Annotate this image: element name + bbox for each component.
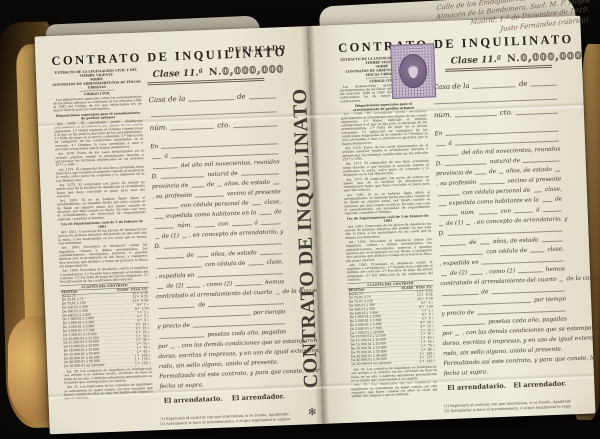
blank-underline	[555, 171, 560, 172]
blank-underline	[439, 225, 443, 226]
form-label: En	[433, 131, 443, 137]
form-label: hemos	[264, 279, 285, 286]
right-page-original: Calle de los Embajadores, núm. 18, 3.º d…	[307, 16, 595, 424]
stamp-class-line: Clase 11.ª N.0,000,000	[146, 65, 264, 85]
left-page-header: CONTRATO DE INQUILINATO DUPLICADO	[51, 41, 276, 66]
form-label: de	[197, 302, 206, 308]
form-label: por	[441, 331, 453, 337]
form-label: hemos	[545, 266, 566, 273]
form-head-lines: Casa de ladenúm.cto.	[147, 85, 279, 132]
signature-row: El arrendatario. El arrendador.	[159, 392, 290, 405]
tariff-table: PESETASCLASEPTAS. CS.Hasta 2512.ª0 10De …	[61, 288, 150, 369]
legal-paragraph: Art. 31. Los duplicados de los contratos…	[351, 381, 437, 399]
tariff-cell: 1.ª	[420, 361, 425, 365]
legal-paragraph: Las disposiciones generales sobre los ar…	[53, 95, 142, 113]
form-label: núm.	[433, 111, 453, 120]
form-label: clase,	[544, 186, 563, 193]
form-label: á	[447, 141, 453, 147]
blank-underline	[560, 280, 564, 281]
photograph-of-old-contract-book: CONTRATO DE INQUILINATO DUPLICADO EXTRAC…	[0, 0, 600, 439]
serial-zeros: 0,000,000	[222, 64, 284, 77]
form-label: de (1)	[445, 220, 464, 227]
legal-text-column: EXTRACTO DE LA LEGISLACIÓN CIVIL Y DEL T…	[52, 68, 154, 423]
legal-paragraph: Art. 1562. Procederá el desahucio contra…	[346, 238, 433, 263]
form-label: D.	[435, 161, 444, 167]
legal-paragraph: Art. 1581. Si no se hubiese fijado plazo…	[344, 190, 431, 215]
legal-text: EXTRACTO DE LA LEGISLACIÓN CIVIL Y DEL T…	[52, 68, 153, 401]
form-label: de la casa núm.	[566, 275, 600, 283]
form-label: con	[499, 208, 512, 214]
serial-zeros: 0,000,000	[520, 51, 582, 64]
form-label: clase,	[263, 199, 282, 206]
blank-underline	[182, 237, 186, 238]
serial-prefix: N.	[507, 53, 521, 65]
left-page-duplicado: CONTRATO DE INQUILINATO DUPLICADO EXTRAC…	[35, 26, 323, 434]
form-head-lines: Casa de ladenúm.cto.	[431, 73, 560, 120]
blank-underline	[217, 186, 221, 187]
form-body-lines: Enádel año mil novecientos, reunidosD.na…	[433, 123, 570, 378]
form-label: Casa de la	[432, 82, 471, 91]
landlord-signature-label: El arrendador.	[232, 392, 285, 402]
serial-prefix: N.	[209, 66, 223, 78]
form-label: de (2)	[449, 270, 468, 277]
legal-paragraph: Art. 1565. Procederá el desahucio contra…	[347, 260, 434, 282]
blank-underline	[455, 115, 497, 118]
legal-paragraph: Art. 1565. Procederá el desahucio contra…	[60, 266, 149, 284]
form-label: de	[480, 289, 489, 295]
legal-paragraph: Art. 1581. Si no se hubiese fijado plazo…	[57, 196, 146, 221]
form-label: de	[518, 80, 529, 88]
legal-paragraph: Art. 31. Los duplicados de los contratos…	[64, 383, 153, 401]
form-label: Casa de la	[147, 95, 186, 104]
form-label: , como (2)	[485, 268, 517, 275]
stamp-oval	[399, 54, 428, 89]
floral-ornament-icon: ✻	[308, 408, 317, 418]
form-label: de	[488, 169, 497, 175]
clase-label: Clase 11.ª	[152, 68, 203, 80]
form-label: clase,	[265, 259, 284, 266]
blank-underline	[233, 125, 277, 128]
form-label: á	[535, 207, 541, 213]
form-label: natural de	[206, 171, 239, 178]
legal-text-column: EXTRACTO DE LA LEGISLACIÓN CIVIL Y DEL T…	[339, 55, 438, 410]
blank-underline	[466, 224, 470, 225]
blank-underline	[499, 173, 503, 174]
stamp-class-line: Clase 11.ª N.0,000,000	[445, 52, 552, 72]
contract-form: Clase 11.ª N.0,000,000 Casa de ladenúm.c…	[146, 62, 290, 428]
form-label: En	[149, 144, 159, 150]
clase-label: Clase 11.ª	[451, 55, 502, 67]
tariff-table: PESETASCLASEPTAS. CS.Hasta 2512.ª0 10De …	[348, 286, 435, 367]
form-label: cto.	[499, 108, 514, 117]
form-label: D.	[153, 244, 162, 250]
form-label: de	[468, 240, 477, 246]
footnotes: (1) Expresará el carácter con que interv…	[160, 412, 291, 428]
contract-form: Clase 11.ª N.0,000,000 Casa de ladenúm.c…	[431, 50, 572, 415]
tariff-cell: 1.ª	[135, 362, 140, 366]
blank-underline	[155, 238, 159, 239]
form-label: á	[163, 154, 169, 160]
form-label: de	[236, 93, 247, 101]
tariff-cell: 150 »	[142, 362, 151, 366]
legal-text: EXTRACTO DE LA LEGISLACIÓN CIVIL Y DEL T…	[339, 55, 438, 399]
tenant-signature-label: El arrendatario.	[164, 395, 223, 405]
form-body-lines: Enádel año mil novecientos, reunidosD.na…	[149, 135, 289, 390]
form-label: de (2)	[165, 283, 184, 290]
form-label: núm.	[149, 124, 169, 133]
form-label: clase,	[546, 246, 565, 253]
tenant-signature-label: El arrendatario.	[447, 382, 506, 392]
form-label: con	[217, 221, 230, 227]
serial-number: N.0,000,000	[507, 51, 583, 65]
form-label: núm.	[460, 210, 477, 217]
blank-underline	[516, 113, 558, 116]
form-label: D.	[437, 231, 446, 237]
contract-spread: CONTRATO DE INQUILINATO DUPLICADO EXTRAC…	[35, 16, 596, 435]
signature-row: El arrendatario. El arrendador.	[443, 379, 570, 392]
legal-paragraph: Art. 1562. Procederá el desahucio contra…	[59, 243, 148, 268]
form-label: natural de	[489, 158, 522, 165]
blank-underline	[275, 293, 279, 294]
legal-paragraph: Art. 1569. El arrendador podrá desahucia…	[54, 119, 144, 152]
form-label: de	[185, 253, 194, 259]
blank-underline	[455, 335, 459, 336]
landlord-signature-label: El arrendador.	[513, 379, 566, 389]
blank-underline	[171, 347, 175, 348]
serial-number: N.0,000,000	[209, 64, 285, 78]
footnotes: (1) Expresará el carácter con que interv…	[444, 399, 571, 415]
fiscal-stamp	[390, 43, 436, 99]
legal-paragraph: Art. 1569. El arrendador podrá desahucia…	[341, 110, 428, 146]
form-label: á	[253, 220, 259, 226]
form-label: de	[273, 209, 282, 215]
form-label: de	[206, 182, 215, 188]
tariff-cell: 150 »	[426, 360, 435, 364]
form-label: , como (2)	[202, 281, 234, 288]
blank-underline	[171, 128, 215, 131]
form-label: D.	[150, 174, 159, 180]
form-label: de	[554, 196, 563, 202]
coat-of-arms-icon	[408, 64, 418, 77]
form-label: de (1)	[161, 233, 180, 240]
form-label: por	[157, 344, 169, 350]
form-label: núm.	[176, 223, 193, 230]
form-label: cto.	[216, 121, 231, 130]
form-label: fecha ut supra.	[158, 382, 204, 390]
form-label: fecha ut supra.	[443, 369, 489, 377]
